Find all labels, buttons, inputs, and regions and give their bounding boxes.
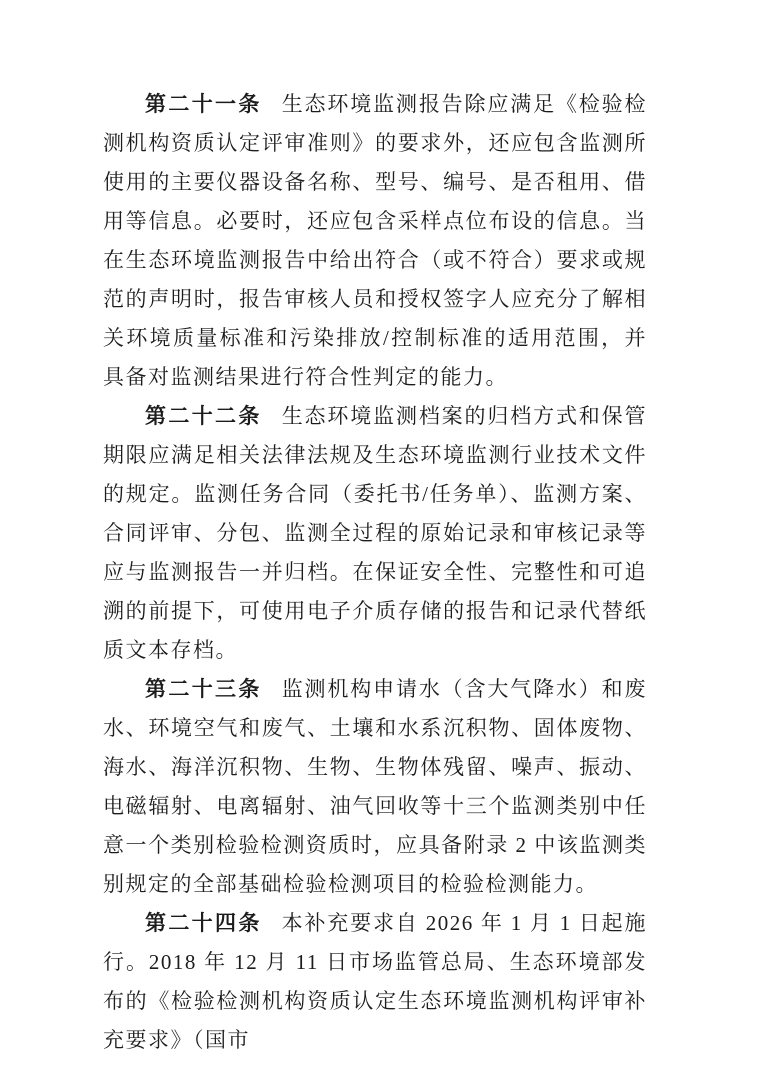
- article-text-22: 生态环境监测档案的归档方式和保管期限应满足相关法律法规及生态环境监测行业技术文件…: [103, 404, 647, 662]
- article-paragraph-24: 第二十四条本补充要求自 2026 年 1 月 1 日起施行。2018 年 12 …: [103, 904, 647, 1060]
- article-paragraph-23: 第二十三条监测机构申请水（含大气降水）和废水、环境空气和废气、土壤和水系沉积物、…: [103, 670, 647, 904]
- article-number-22: 第二十二条: [145, 405, 262, 428]
- article-number-23: 第二十三条: [145, 678, 262, 701]
- article-number-21: 第二十一条: [145, 93, 262, 116]
- article-paragraph-21: 第二十一条生态环境监测报告除应满足《检验检测机构资质认定评审准则》的要求外，还应…: [103, 85, 647, 397]
- article-paragraph-22: 第二十二条生态环境监测档案的归档方式和保管期限应满足相关法律法规及生态环境监测行…: [103, 397, 647, 670]
- document-page: 第二十一条生态环境监测报告除应满足《检验检测机构资质认定评审准则》的要求外，还应…: [0, 0, 762, 1078]
- article-text-23: 监测机构申请水（含大气降水）和废水、环境空气和废气、土壤和水系沉积物、固体废物、…: [103, 677, 647, 896]
- article-text-21: 生态环境监测报告除应满足《检验检测机构资质认定评审准则》的要求外，还应包含监测所…: [103, 92, 647, 389]
- article-number-24: 第二十四条: [145, 912, 262, 935]
- document-body: 第二十一条生态环境监测报告除应满足《检验检测机构资质认定评审准则》的要求外，还应…: [103, 85, 647, 1060]
